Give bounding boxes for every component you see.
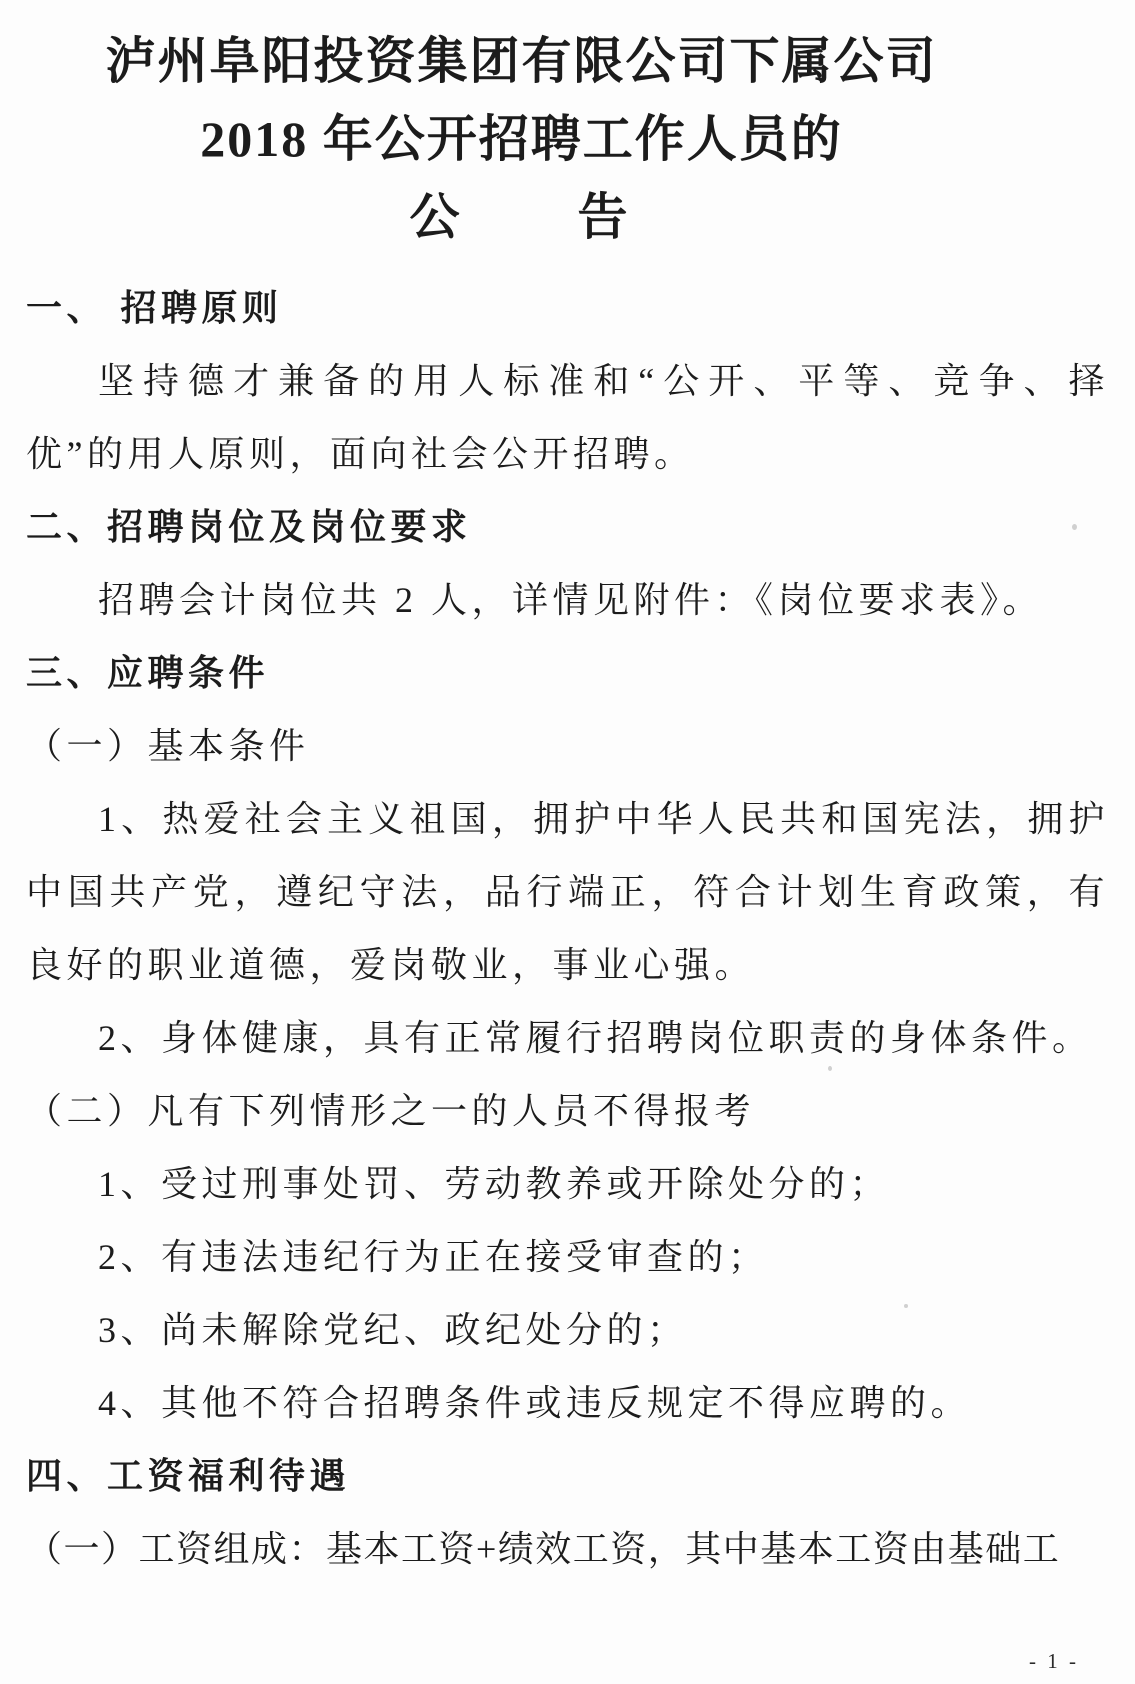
document-page: 泸州阜阳投资集团有限公司下属公司 2018 年公开招聘工作人员的 公 告 一、 … <box>0 0 1135 1684</box>
section-heading-4: 四、工资福利待遇 <box>26 1440 1109 1513</box>
scan-artifact <box>828 1066 832 1071</box>
section-heading-3: 三、应聘条件 <box>26 637 1109 710</box>
numbered-clause: 3、尚未解除党纪、政纪处分的； <box>26 1294 1109 1367</box>
sub-heading-salary-composition: （一）工资组成：基本工资+绩效工资，其中基本工资由基础工 <box>26 1513 1109 1586</box>
page-number: - 1 - <box>1029 1649 1079 1674</box>
numbered-clause: 1、受过刑事处罚、劳动教养或开除处分的； <box>26 1148 1109 1221</box>
title-line-company: 泸州阜阳投资集团有限公司下属公司 <box>26 22 1017 100</box>
section-heading-2: 二、招聘岗位及岗位要求 <box>26 491 1109 564</box>
scan-artifact <box>904 1304 908 1308</box>
numbered-clause: 2、有违法违纪行为正在接受审查的； <box>26 1221 1109 1294</box>
numbered-clause: 4、其他不符合招聘条件或违反规定不得应聘的。 <box>26 1367 1109 1440</box>
sub-heading-basic-conditions: （一）基本条件 <box>26 710 1109 783</box>
body-paragraph: 坚持德才兼备的用人标准和“公开、平等、竞争、择优”的用人原则，面向社会公开招聘。 <box>26 345 1109 491</box>
sub-heading-disqualifications: （二）凡有下列情形之一的人员不得报考 <box>26 1075 1109 1148</box>
document-body: 一、 招聘原则 坚持德才兼备的用人标准和“公开、平等、竞争、择优”的用人原则，面… <box>26 272 1109 1586</box>
title-line-announcement: 公 告 <box>26 178 1017 256</box>
scan-artifact <box>1072 524 1077 530</box>
numbered-clause: 1、热爱社会主义祖国，拥护中华人民共和国宪法，拥护中国共产党，遵纪守法，品行端正… <box>26 783 1109 1002</box>
numbered-clause: 2、身体健康，具有正常履行招聘岗位职责的身体条件。 <box>26 1002 1109 1075</box>
section-heading-1: 一、 招聘原则 <box>26 272 1109 345</box>
title-line-year-subject: 2018 年公开招聘工作人员的 <box>26 100 1017 178</box>
document-title: 泸州阜阳投资集团有限公司下属公司 2018 年公开招聘工作人员的 公 告 <box>26 22 1109 256</box>
body-paragraph: 招聘会计岗位共 2 人，详情见附件：《岗位要求表》。 <box>26 564 1109 637</box>
